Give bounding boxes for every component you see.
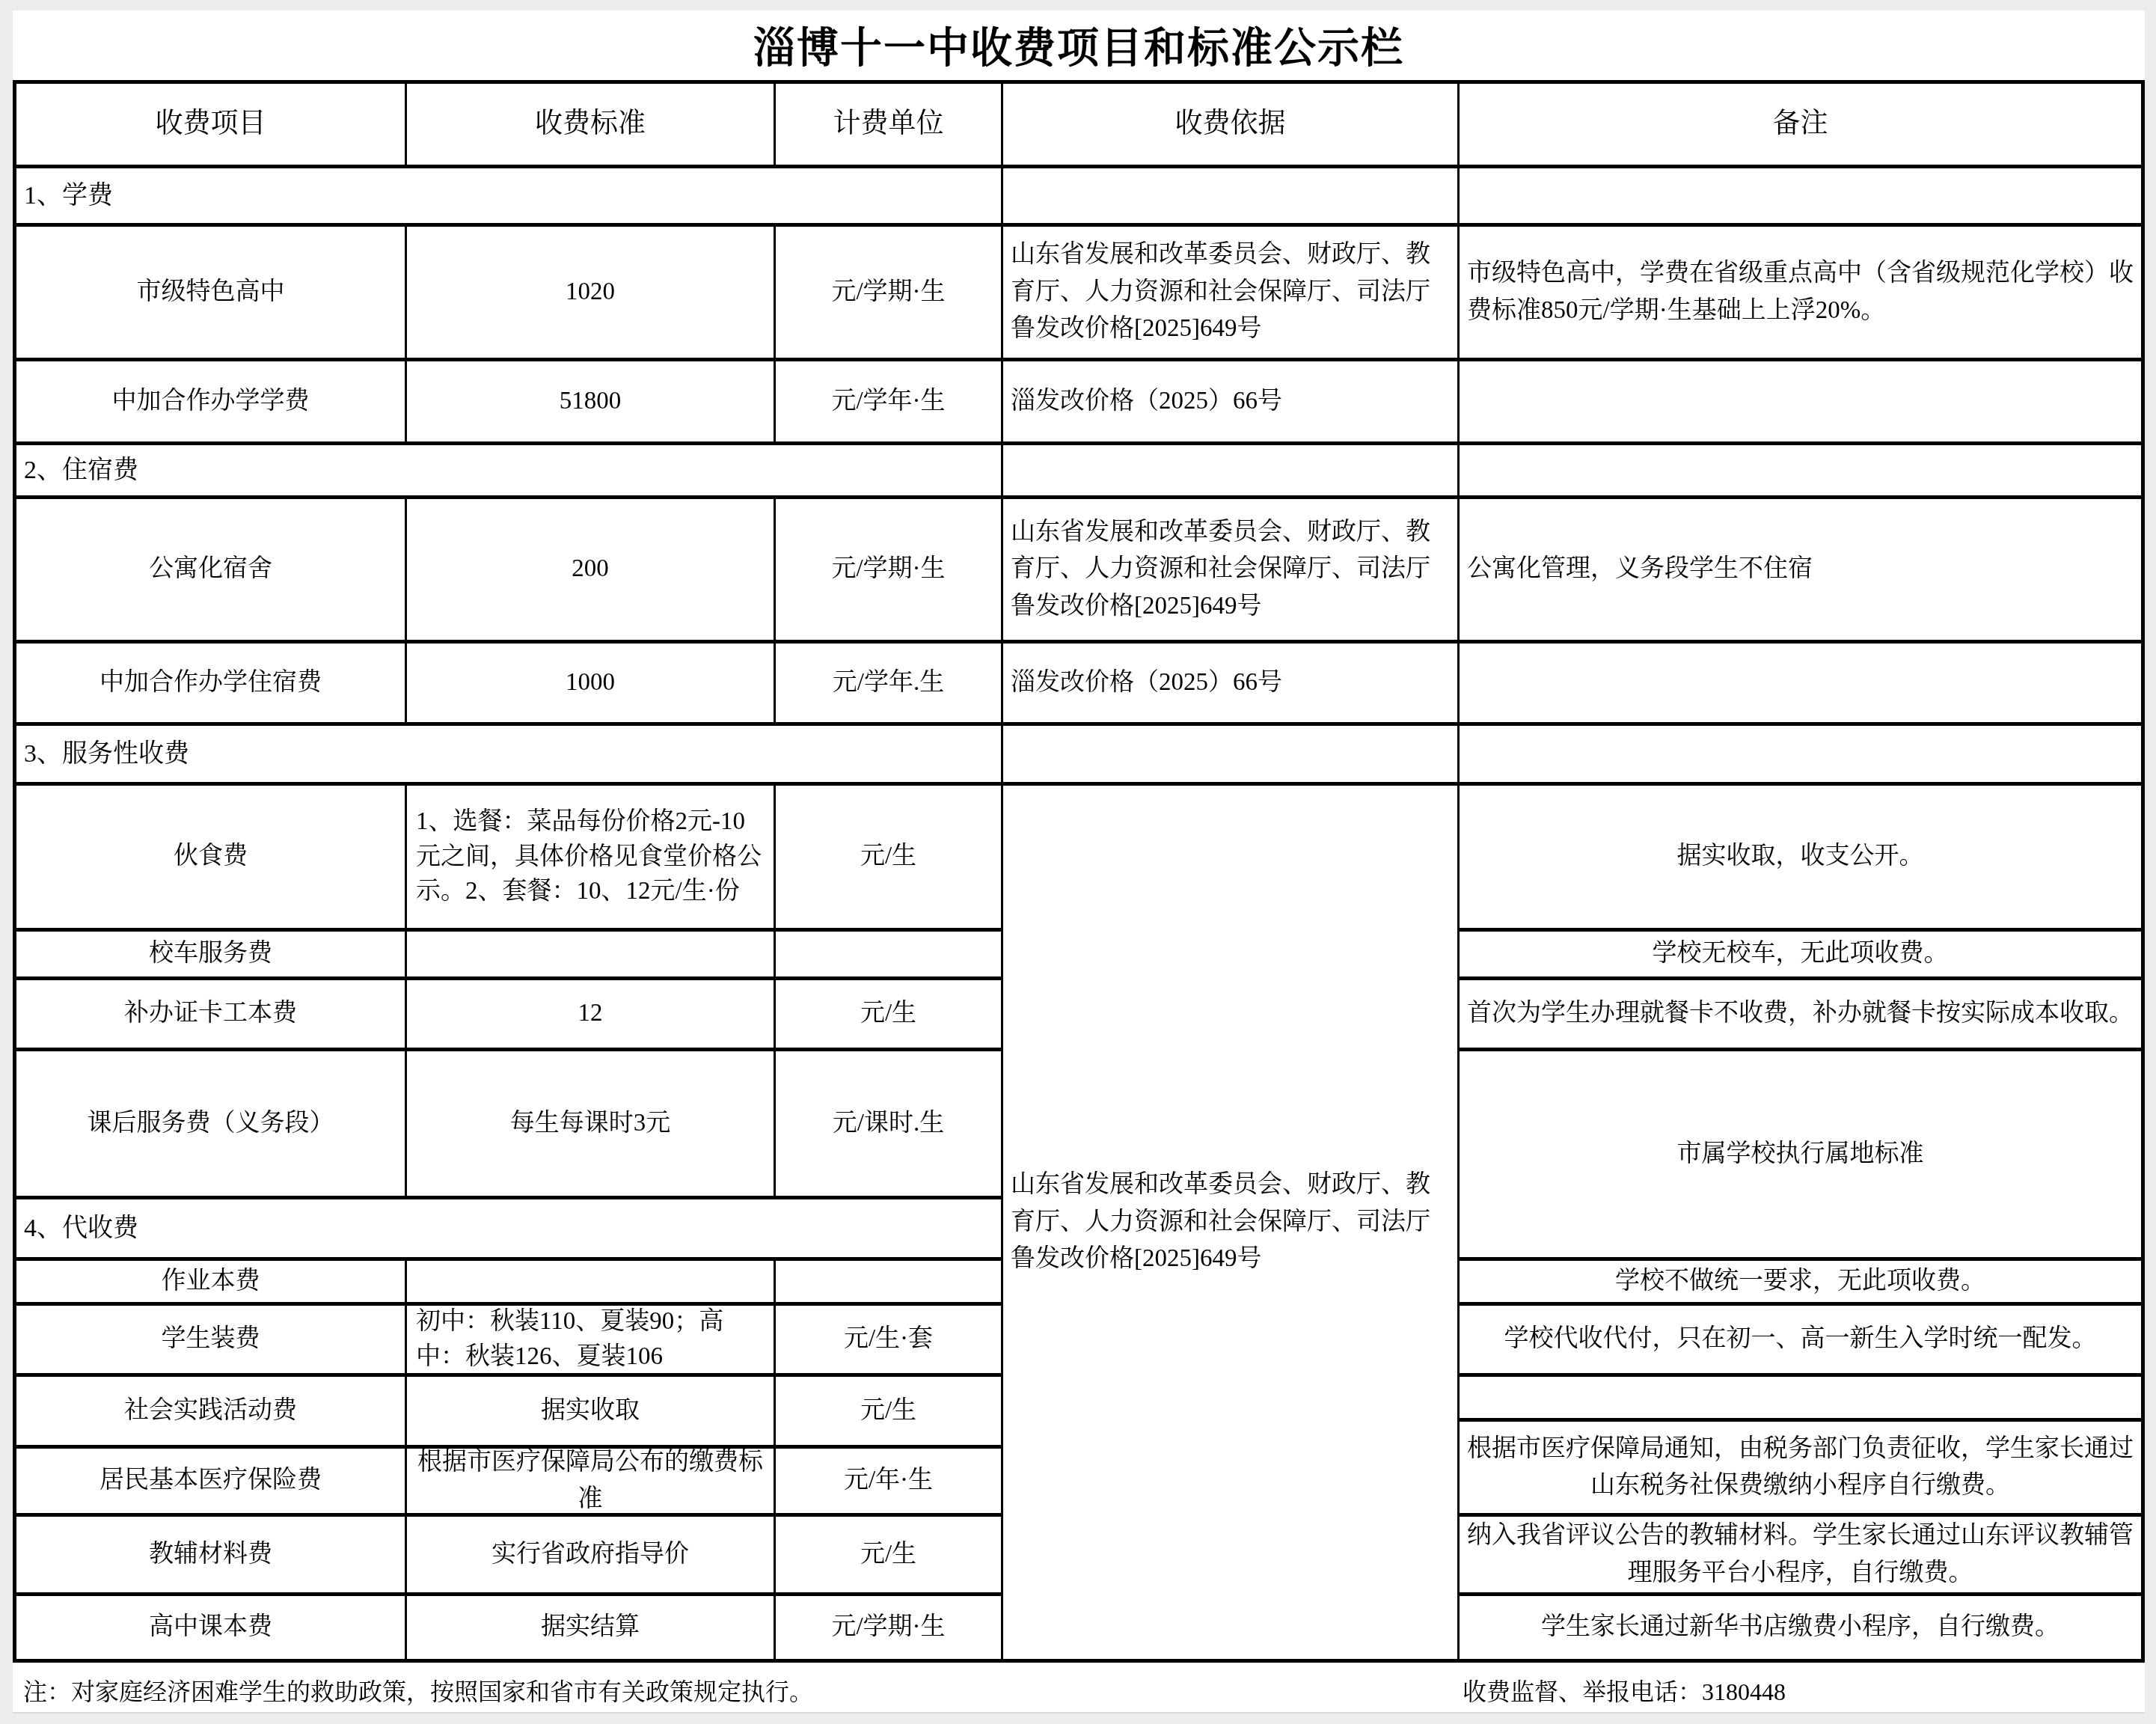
- empty-cell: [1003, 168, 1457, 223]
- fee-standard-cell: 根据市医疗保障局公布的缴费标准: [407, 1449, 774, 1513]
- fee-item-cell: 校车服务费: [16, 932, 405, 976]
- sheet-content: 淄博十一中收费项目和标准公示栏 收费项目 收费标准 计费单位 收费依据 备注 1…: [13, 10, 2145, 1714]
- fee-item-cell: 中加合作办学住宿费: [16, 644, 405, 722]
- billing-unit-cell: 元/生: [776, 1517, 1001, 1592]
- empty-cell: [407, 932, 774, 976]
- billing-unit-cell: 元/生·套: [776, 1306, 1001, 1373]
- fee-basis-cell: 淄发改价格（2025）66号: [1003, 361, 1457, 441]
- fee-standard-cell: 初中：秋装110、夏装90；高中：秋装126、夏装106: [407, 1306, 774, 1373]
- fee-standard-cell: 每生每课时3元: [407, 1051, 774, 1196]
- fee-item-cell: 作业本费: [16, 1261, 405, 1302]
- fee-item-cell: 高中课本费: [16, 1596, 405, 1659]
- remark-cell: 公寓化管理，义务段学生不住宿: [1460, 499, 2141, 640]
- remark-cell: 学校代收代付，只在初一、高一新生入学时统一配发。: [1460, 1306, 2141, 1373]
- remark-cell: 市级特色高中，学费在省级重点高中（含省级规范化学校）收费标准850元/学期·生基…: [1460, 227, 2141, 358]
- fee-standard-cell: 12: [407, 980, 774, 1048]
- header-fee-basis: 收费依据: [1003, 84, 1457, 165]
- billing-unit-cell: 元/学期·生: [776, 499, 1001, 640]
- header-billing-unit: 计费单位: [776, 84, 1001, 165]
- remark-cell: 市属学校执行属地标准: [1460, 1051, 2141, 1257]
- fee-standard-cell: 实行省政府指导价: [407, 1517, 774, 1592]
- header-fee-item: 收费项目: [16, 84, 405, 165]
- remark-cell: 根据市医疗保障局通知，由税务部门负责征收，学生家长通过山东税务社保费缴纳小程序自…: [1460, 1422, 2141, 1513]
- fee-basis-merged-cell: 山东省发展和改革委员会、财政厅、教育厅、人力资源和社会保障厅、司法厅 鲁发改价格…: [1003, 786, 1457, 1659]
- section-row-tuition: 1、学费: [16, 168, 1001, 223]
- empty-cell: [1460, 1377, 2141, 1418]
- remark-cell: 学生家长通过新华书店缴费小程序，自行缴费。: [1460, 1596, 2141, 1659]
- section-row-accommodation: 2、住宿费: [16, 445, 1001, 495]
- fee-basis-cell: 淄发改价格（2025）66号: [1003, 644, 1457, 722]
- empty-cell: [1460, 644, 2141, 722]
- footer-phone: 收费监督、举报电话：3180448: [1463, 1673, 1786, 1708]
- billing-unit-cell: 元/学年.生: [776, 644, 1001, 722]
- fee-table: 收费项目 收费标准 计费单位 收费依据 备注 1、学费 市级特色高中 1020 …: [13, 80, 2145, 1663]
- header-fee-standard: 收费标准: [407, 84, 774, 165]
- fee-item-cell: 中加合作办学学费: [16, 361, 405, 441]
- billing-unit-cell: 元/生: [776, 786, 1001, 928]
- billing-unit-cell: 元/生: [776, 980, 1001, 1048]
- fee-item-cell: 居民基本医疗保险费: [16, 1449, 405, 1513]
- empty-cell: [1003, 726, 1457, 782]
- section-row-service-fees: 3、服务性收费: [16, 726, 1001, 782]
- fee-item-cell: 伙食费: [16, 786, 405, 928]
- billing-unit-cell: 元/学期·生: [776, 227, 1001, 358]
- empty-cell: [1460, 726, 2141, 782]
- empty-cell: [1460, 168, 2141, 223]
- fee-standard-cell: 据实收取: [407, 1377, 774, 1445]
- remark-cell: 学校无校车，无此项收费。: [1460, 932, 2141, 976]
- page-title: 淄博十一中收费项目和标准公示栏: [13, 10, 2145, 80]
- empty-cell: [407, 1261, 774, 1302]
- section-row-collected-fees: 4、代收费: [16, 1199, 1001, 1257]
- empty-cell: [776, 932, 1001, 976]
- fee-standard-cell: 1、选餐：菜品每份价格2元-10元之间，具体价格见食堂价格公示。2、套餐：10、…: [407, 786, 774, 928]
- empty-cell: [1003, 445, 1457, 495]
- fee-basis-cell: 山东省发展和改革委员会、财政厅、教育厅、人力资源和社会保障厅、司法厅 鲁发改价格…: [1003, 227, 1457, 358]
- fee-item-cell: 公寓化宿舍: [16, 499, 405, 640]
- fee-item-cell: 补办证卡工本费: [16, 980, 405, 1048]
- fee-item-cell: 社会实践活动费: [16, 1377, 405, 1445]
- fee-item-cell: 市级特色高中: [16, 227, 405, 358]
- fee-standard-cell: 1000: [407, 644, 774, 722]
- fee-standard-cell: 200: [407, 499, 774, 640]
- empty-cell: [776, 1261, 1001, 1302]
- billing-unit-cell: 元/学期·生: [776, 1596, 1001, 1659]
- billing-unit-cell: 元/生: [776, 1377, 1001, 1445]
- remark-cell: 学校不做统一要求，无此项收费。: [1460, 1261, 2141, 1302]
- fee-standard-cell: 1020: [407, 227, 774, 358]
- billing-unit-cell: 元/学年·生: [776, 361, 1001, 441]
- remark-cell: 据实收取，收支公开。: [1460, 786, 2141, 928]
- billing-unit-cell: 元/课时.生: [776, 1051, 1001, 1196]
- footer-note: 注：对家庭经济困难学生的救助政策，按照国家和省市有关政策规定执行。: [23, 1673, 813, 1708]
- footer-row: 注：对家庭经济困难学生的救助政策，按照国家和省市有关政策规定执行。 收费监督、举…: [13, 1663, 2145, 1714]
- remark-cell: 纳入我省评议公告的教辅材料。学生家长通过山东评议教辅管理服务平台小程序，自行缴费…: [1460, 1517, 2141, 1592]
- header-remark: 备注: [1460, 84, 2141, 165]
- billing-unit-cell: 元/年·生: [776, 1449, 1001, 1513]
- fee-standard-cell: 据实结算: [407, 1596, 774, 1659]
- fee-standard-cell: 51800: [407, 361, 774, 441]
- fee-item-cell: 学生装费: [16, 1306, 405, 1373]
- fee-basis-cell: 山东省发展和改革委员会、财政厅、教育厅、人力资源和社会保障厅、司法厅 鲁发改价格…: [1003, 499, 1457, 640]
- empty-cell: [1460, 361, 2141, 441]
- empty-cell: [1460, 445, 2141, 495]
- remark-cell: 首次为学生办理就餐卡不收费，补办就餐卡按实际成本收取。: [1460, 980, 2141, 1048]
- fee-item-cell: 教辅材料费: [16, 1517, 405, 1592]
- fee-item-cell: 课后服务费（义务段）: [16, 1051, 405, 1196]
